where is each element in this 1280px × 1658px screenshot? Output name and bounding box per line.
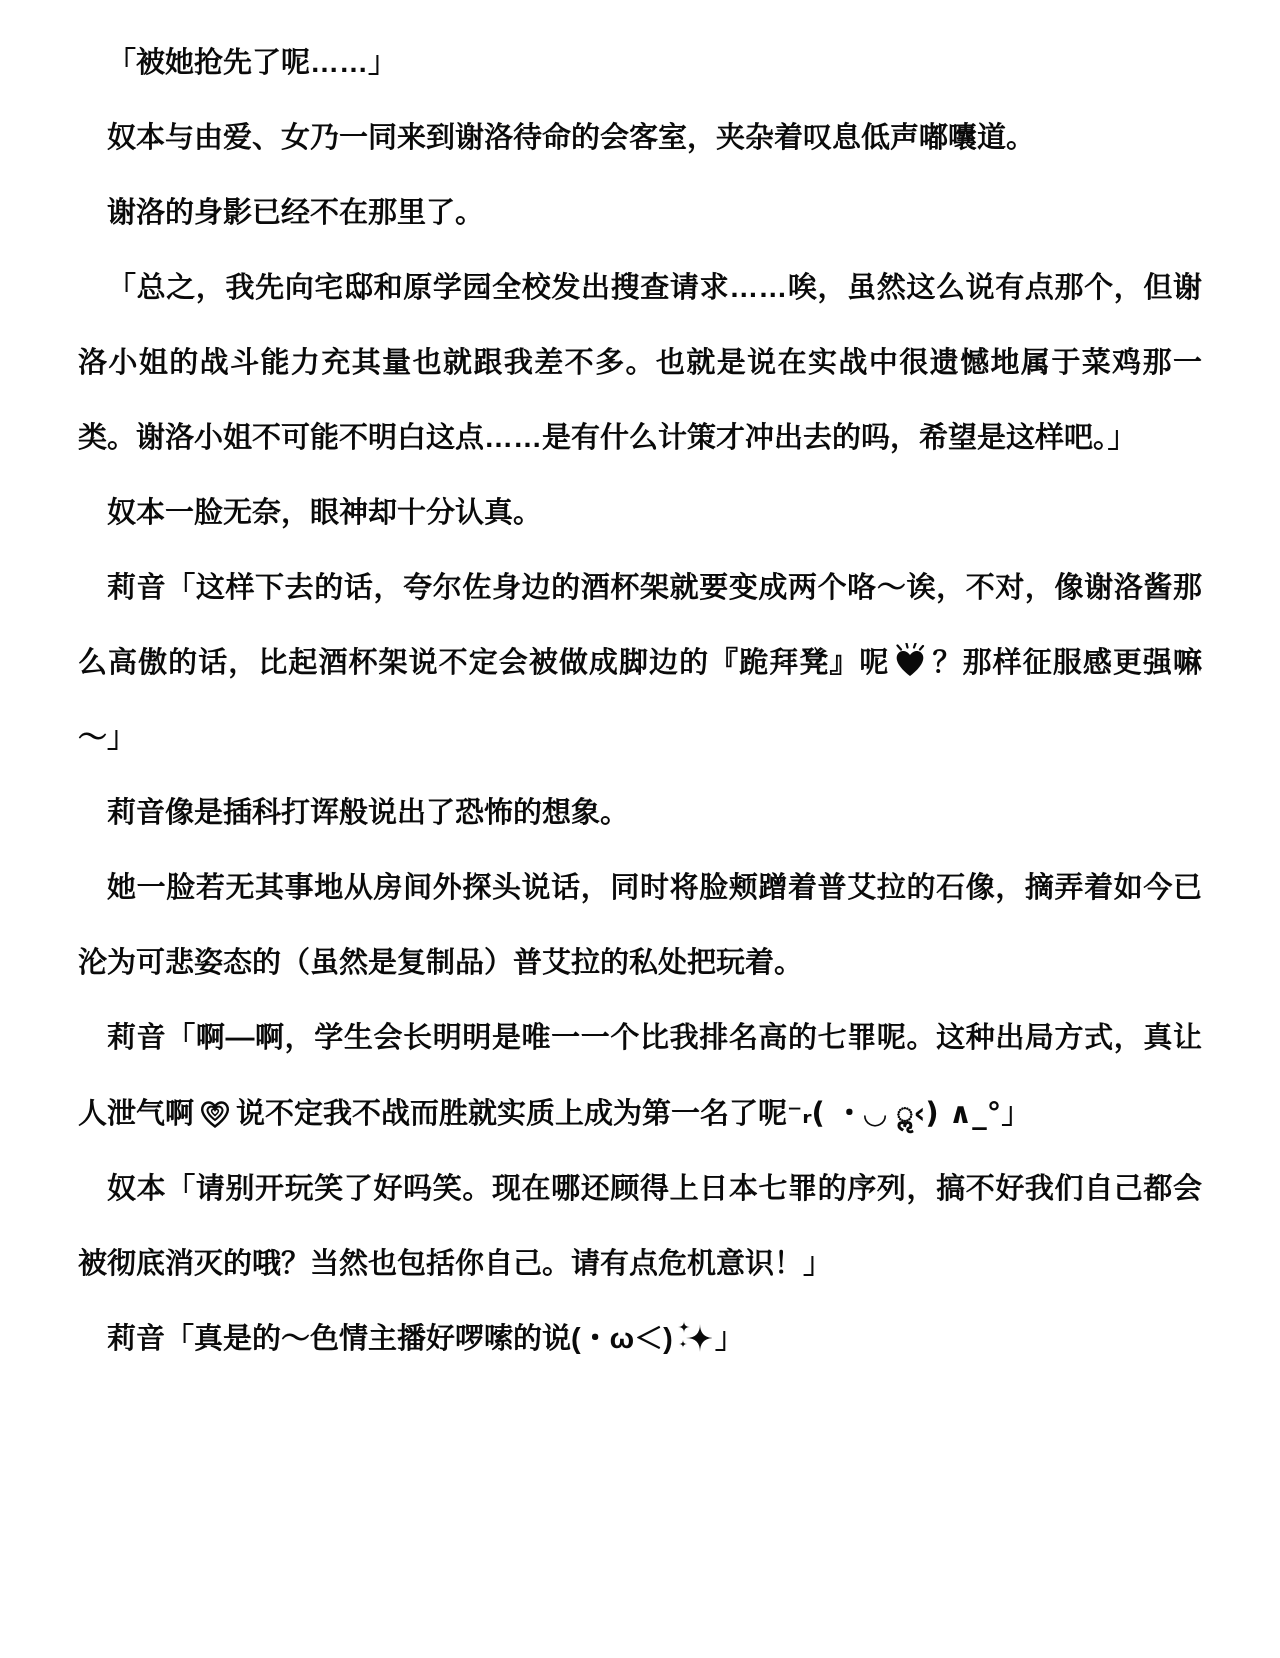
paragraph-11: 莉音「真是的～色情主播好啰嗦的说(・ω＜) 」 [78, 1302, 1202, 1377]
text-run: 她一脸若无其事地从房间外探头说话，同时将脸颊蹭着普艾拉的石像，摘弄着如今已沦为可… [78, 872, 1202, 979]
sparkles-icon [676, 1319, 712, 1355]
text-run: 谢洛的身影已经不在那里了。 [107, 197, 484, 229]
text-run: 莉音像是插科打诨般说出了恐怖的想象。 [107, 797, 629, 829]
text-run: 「被她抢先了呢……」 [107, 47, 397, 79]
kaomoji-text: ⁻ᵣ( ・◡ ॢ‹) ∧_° [787, 1096, 1001, 1130]
text-run: 奴本一脸无奈，眼神却十分认真。 [107, 497, 542, 529]
paragraph-5: 奴本一脸无奈，眼神却十分认真。 [78, 476, 1202, 551]
paragraph-6: 莉音「这样下去的话，夸尔佐身边的酒杯架就要变成两个咯～诶，不对，像谢洛酱那么高傲… [78, 551, 1202, 776]
growing-heart-icon [197, 1094, 233, 1130]
paragraph-7: 莉音像是插科打诨般说出了恐怖的想象。 [78, 776, 1202, 851]
text-run: 「总之，我先向宅邸和原学园全校发出搜查请求……唉，虽然这么说有点那个，但谢洛小姐… [78, 272, 1202, 454]
paragraph-2: 奴本与由爱、女乃一同来到谢洛待命的会客室，夹杂着叹息低声嘟囔道。 [78, 101, 1202, 176]
paragraph-9: 莉音「啊—啊，学生会长明明是唯一一个比我排名高的七罪呢。这种出局方式，真让人泄气… [78, 1001, 1202, 1152]
paragraph-3: 谢洛的身影已经不在那里了。 [78, 176, 1202, 251]
text-run: 」 [715, 1323, 744, 1355]
text-run: 奴本与由爱、女乃一同来到谢洛待命的会客室，夹杂着叹息低声嘟囔道。 [107, 122, 1035, 154]
paragraph-4: 「总之，我先向宅邸和原学园全校发出搜查请求……唉，虽然这么说有点那个，但谢洛小姐… [78, 251, 1202, 476]
text-run: 说不定我不战而胜就实质上成为第一名了呢 [236, 1098, 787, 1130]
text-run: 」 [1001, 1098, 1030, 1130]
document-body: 「被她抢先了呢……」奴本与由爱、女乃一同来到谢洛待命的会客室，夹杂着叹息低声嘟囔… [0, 0, 1280, 1377]
paragraph-8: 她一脸若无其事地从房间外探头说话，同时将脸颊蹭着普艾拉的石像，摘弄着如今已沦为可… [78, 851, 1202, 1001]
paragraph-10: 奴本「请别开玩笑了好吗笑。现在哪还顾得上日本七罪的序列，搞不好我们自己都会被彻底… [78, 1152, 1202, 1302]
beating-heart-icon [892, 643, 928, 679]
text-run: 莉音「真是的～色情主播好啰嗦的说(・ω＜) [107, 1323, 673, 1355]
paragraph-1: 「被她抢先了呢……」 [78, 26, 1202, 101]
page: { "page": { "background": "#ffffff", "te… [0, 0, 1280, 1658]
text-run: 奴本「请别开玩笑了好吗笑。现在哪还顾得上日本七罪的序列，搞不好我们自己都会被彻底… [78, 1173, 1202, 1280]
